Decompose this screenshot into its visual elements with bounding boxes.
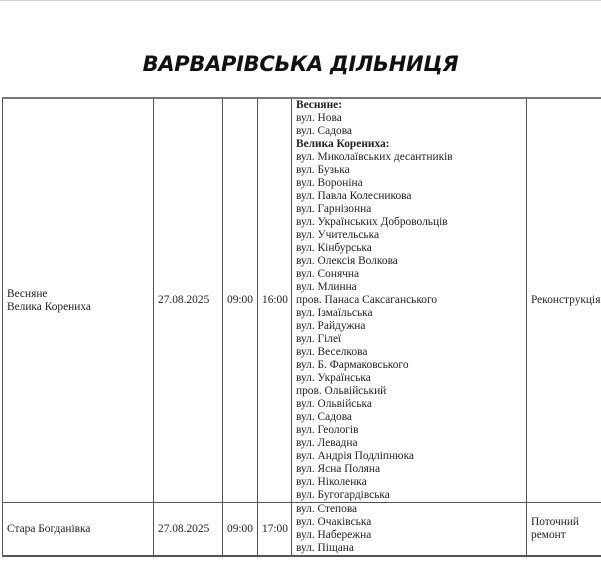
schedule-table: ВеснянеВелика Корениха27.08.202509:0016:… <box>2 97 601 557</box>
street-item: вул. Сонячна <box>296 268 522 281</box>
location-name: Весняне <box>7 288 149 301</box>
street-item: вул. Нова <box>296 112 522 125</box>
end-time-cell: 16:00 <box>258 98 292 503</box>
start-time-cell: 09:00 <box>223 98 258 503</box>
street-item: вул. Ізмаїльська <box>296 307 522 320</box>
street-item: вул. Левадна <box>296 437 522 450</box>
table-row: ВеснянеВелика Корениха27.08.202509:0016:… <box>3 98 601 503</box>
street-item: вул. Кінбурська <box>296 242 522 255</box>
settlement-heading: Весняне: <box>296 99 522 112</box>
location-name: Стара Богданівка <box>7 523 149 536</box>
work-type: Поточний <box>531 516 601 529</box>
street-item: вул. Бугогардівська <box>296 489 522 502</box>
street-item: вул. Садова <box>296 411 522 424</box>
street-item: вул. Андрія Подліпнюка <box>296 450 522 463</box>
date-cell: 27.08.2025 <box>154 503 223 557</box>
street-item: вул. Вороніна <box>296 177 522 190</box>
street-item: вул. Олексія Волкова <box>296 255 522 268</box>
date-cell: 27.08.2025 <box>154 98 223 503</box>
street-item: вул. Б. Фармаковського <box>296 359 522 372</box>
street-item: вул. Павла Колесникова <box>296 190 522 203</box>
work-type-cell: Поточнийремонт <box>527 503 601 557</box>
settlement-heading: Велика Корениха: <box>296 138 522 151</box>
location-name: Велика Корениха <box>7 301 149 314</box>
street-item: вул. Гілеї <box>296 333 522 346</box>
street-item: вул. Ольвійська <box>296 398 522 411</box>
street-item: вул. Українських Добровольців <box>296 216 522 229</box>
streets-cell: Весняне:вул. Новавул. СадоваВелика Корен… <box>292 98 527 503</box>
work-type: ремонт <box>531 529 601 542</box>
street-item: вул. Геологів <box>296 424 522 437</box>
work-type: Реконструкція <box>531 294 601 307</box>
location-cell: Стара Богданівка <box>3 503 154 557</box>
end-time-cell: 17:00 <box>258 503 292 557</box>
work-type-cell: Реконструкція <box>527 98 601 503</box>
street-item: пров. Панаса Саксаганського <box>296 294 522 307</box>
street-item: вул. Очаківська <box>296 516 522 529</box>
street-item: вул. Ніколенка <box>296 476 522 489</box>
street-item: вул. Ясна Поляна <box>296 463 522 476</box>
streets-cell: вул. Степовавул. Очаківськавул. Набережн… <box>292 503 527 557</box>
street-item: вул. Учительська <box>296 229 522 242</box>
street-item: вул. Степова <box>296 503 522 516</box>
street-item: вул. Піщана <box>296 542 522 555</box>
page-title: ВАРВАРІВСЬКА ДІЛЬНИЦЯ <box>0 52 601 76</box>
street-item: вул. Веселкова <box>296 346 522 359</box>
location-cell: ВеснянеВелика Корениха <box>3 98 154 503</box>
street-item: вул. Українська <box>296 372 522 385</box>
street-item: пров. Ольвійський <box>296 385 522 398</box>
street-item: вул. Миколаївських десантників <box>296 151 522 164</box>
street-item: вул. Райдужна <box>296 320 522 333</box>
top-divider <box>0 0 601 1</box>
street-item: вул. Садова <box>296 125 522 138</box>
table-row: Стара Богданівка27.08.202509:0017:00вул.… <box>3 503 601 557</box>
street-item: вул. Гарнізонна <box>296 203 522 216</box>
start-time-cell: 09:00 <box>223 503 258 557</box>
street-item: вул. Млинна <box>296 281 522 294</box>
street-item: вул. Набережна <box>296 529 522 542</box>
street-item: вул. Бузька <box>296 164 522 177</box>
